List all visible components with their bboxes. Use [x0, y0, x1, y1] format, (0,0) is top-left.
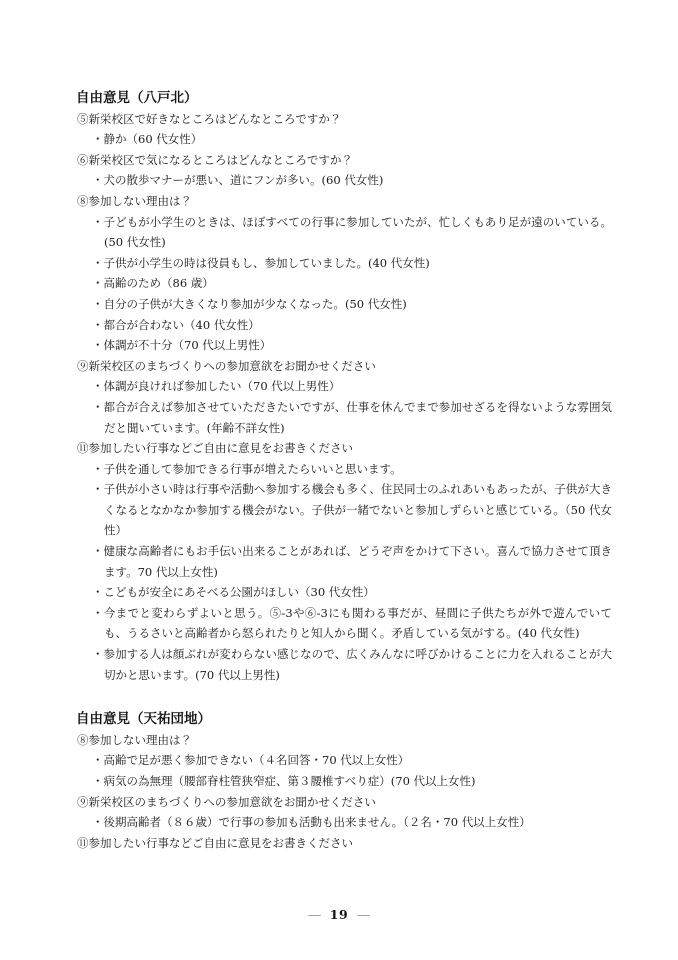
- comment-line: ・子供が小学生の時は役員もし、参加していました。(40 代女性): [92, 253, 612, 274]
- comment-line: ・体調が良ければ参加したい（70 代以上男性）: [92, 376, 612, 397]
- comment-line: ・都合が合わない（40 代女性）: [92, 315, 612, 336]
- footer-left-dash: ―: [299, 907, 330, 922]
- comment-line: ・今までと変わらずよいと思う。⑤-3や⑥-3にも関わる事だが、昼間に子供たちが外…: [92, 603, 612, 644]
- comment-line: ・子どもが小学生のときは、ほぼすべての行事に参加していたが、忙しくもあり足が遠の…: [92, 212, 612, 253]
- comment-line: ・こどもが安全にあそべる公園がほしい（30 代女性）: [92, 582, 612, 603]
- comment-line: ・参加する人は顔ぶれが変わらない感じなので、広くみんなに呼びかけることに力を入れ…: [92, 644, 612, 685]
- question-line: ⑧参加しない理由は？: [77, 730, 612, 751]
- comment-line: ・高齢のため（86 歳）: [92, 273, 612, 294]
- comment-line: ・健康な高齢者にもお手伝い出来ることがあれば、どうぞ声をかけて下さい。喜んで協力…: [92, 541, 612, 582]
- question-line: ⑨新栄校区のまちづくりへの参加意欲をお聞かせください: [77, 356, 612, 377]
- comment-line: ・犬の散歩マナーが悪い、道にフンが多い。(60 代女性): [92, 170, 612, 191]
- question-line: ⑤新栄校区で好きなところはどんなところですか？: [77, 109, 612, 130]
- comment-line: ・子供を通して参加できる行事が増えたらいいと思います。: [92, 459, 612, 480]
- section-tenyu-danchi: 自由意見（天祐団地） ⑧参加しない理由は？ ・高齢で足が悪く参加できない（４名回…: [76, 709, 612, 853]
- question-line: ⑪参加したい行事などご自由に意見をお書きください: [77, 438, 612, 459]
- comment-line: ・静か（60 代女性）: [92, 129, 612, 150]
- comment-line: ・高齢で足が悪く参加できない（４名回答・70 代以上女性）: [92, 750, 612, 771]
- section-title: 自由意見（八戸北）: [76, 88, 612, 109]
- section-title: 自由意見（天祐団地）: [76, 709, 612, 730]
- comment-line: ・病気の為無理（腰部脊柱管狭窄症、第３腰椎すべり症）(70 代以上女性): [92, 771, 612, 792]
- comment-line: ・体調が不十分（70 代以上男性）: [92, 335, 612, 356]
- question-line: ⑨新栄校区のまちづくりへの参加意欲をお聞かせください: [77, 792, 612, 813]
- comment-line: ・子供が小さい時は行事や活動へ参加する機会も多く、住民同士のふれあいもあったが、…: [92, 479, 612, 541]
- document-page: 自由意見（八戸北） ⑤新栄校区で好きなところはどんなところですか？ ・静か（60…: [0, 0, 678, 960]
- comment-line: ・後期高齢者（８６歳）で行事の参加も活動も出来ません。（２名・70 代以上女性）: [92, 812, 612, 833]
- question-line: ⑥新栄校区で気になるところはどんなところですか？: [77, 150, 612, 171]
- question-line: ⑧参加しない理由は？: [77, 191, 612, 212]
- comment-line: ・都合が合えば参加させていただきたいですが、仕事を休んでまで参加せざるを得ないよ…: [92, 397, 612, 438]
- footer-right-dash: ―: [348, 907, 379, 922]
- page-number: 19: [330, 907, 348, 922]
- question-line: ⑪参加したい行事などご自由に意見をお書きください: [77, 833, 612, 854]
- page-footer: ―19―: [0, 908, 678, 922]
- comment-line: ・自分の子供が大きくなり参加が少なくなった。(50 代女性): [92, 294, 612, 315]
- section-hachinohe-kita: 自由意見（八戸北） ⑤新栄校区で好きなところはどんなところですか？ ・静か（60…: [76, 88, 612, 685]
